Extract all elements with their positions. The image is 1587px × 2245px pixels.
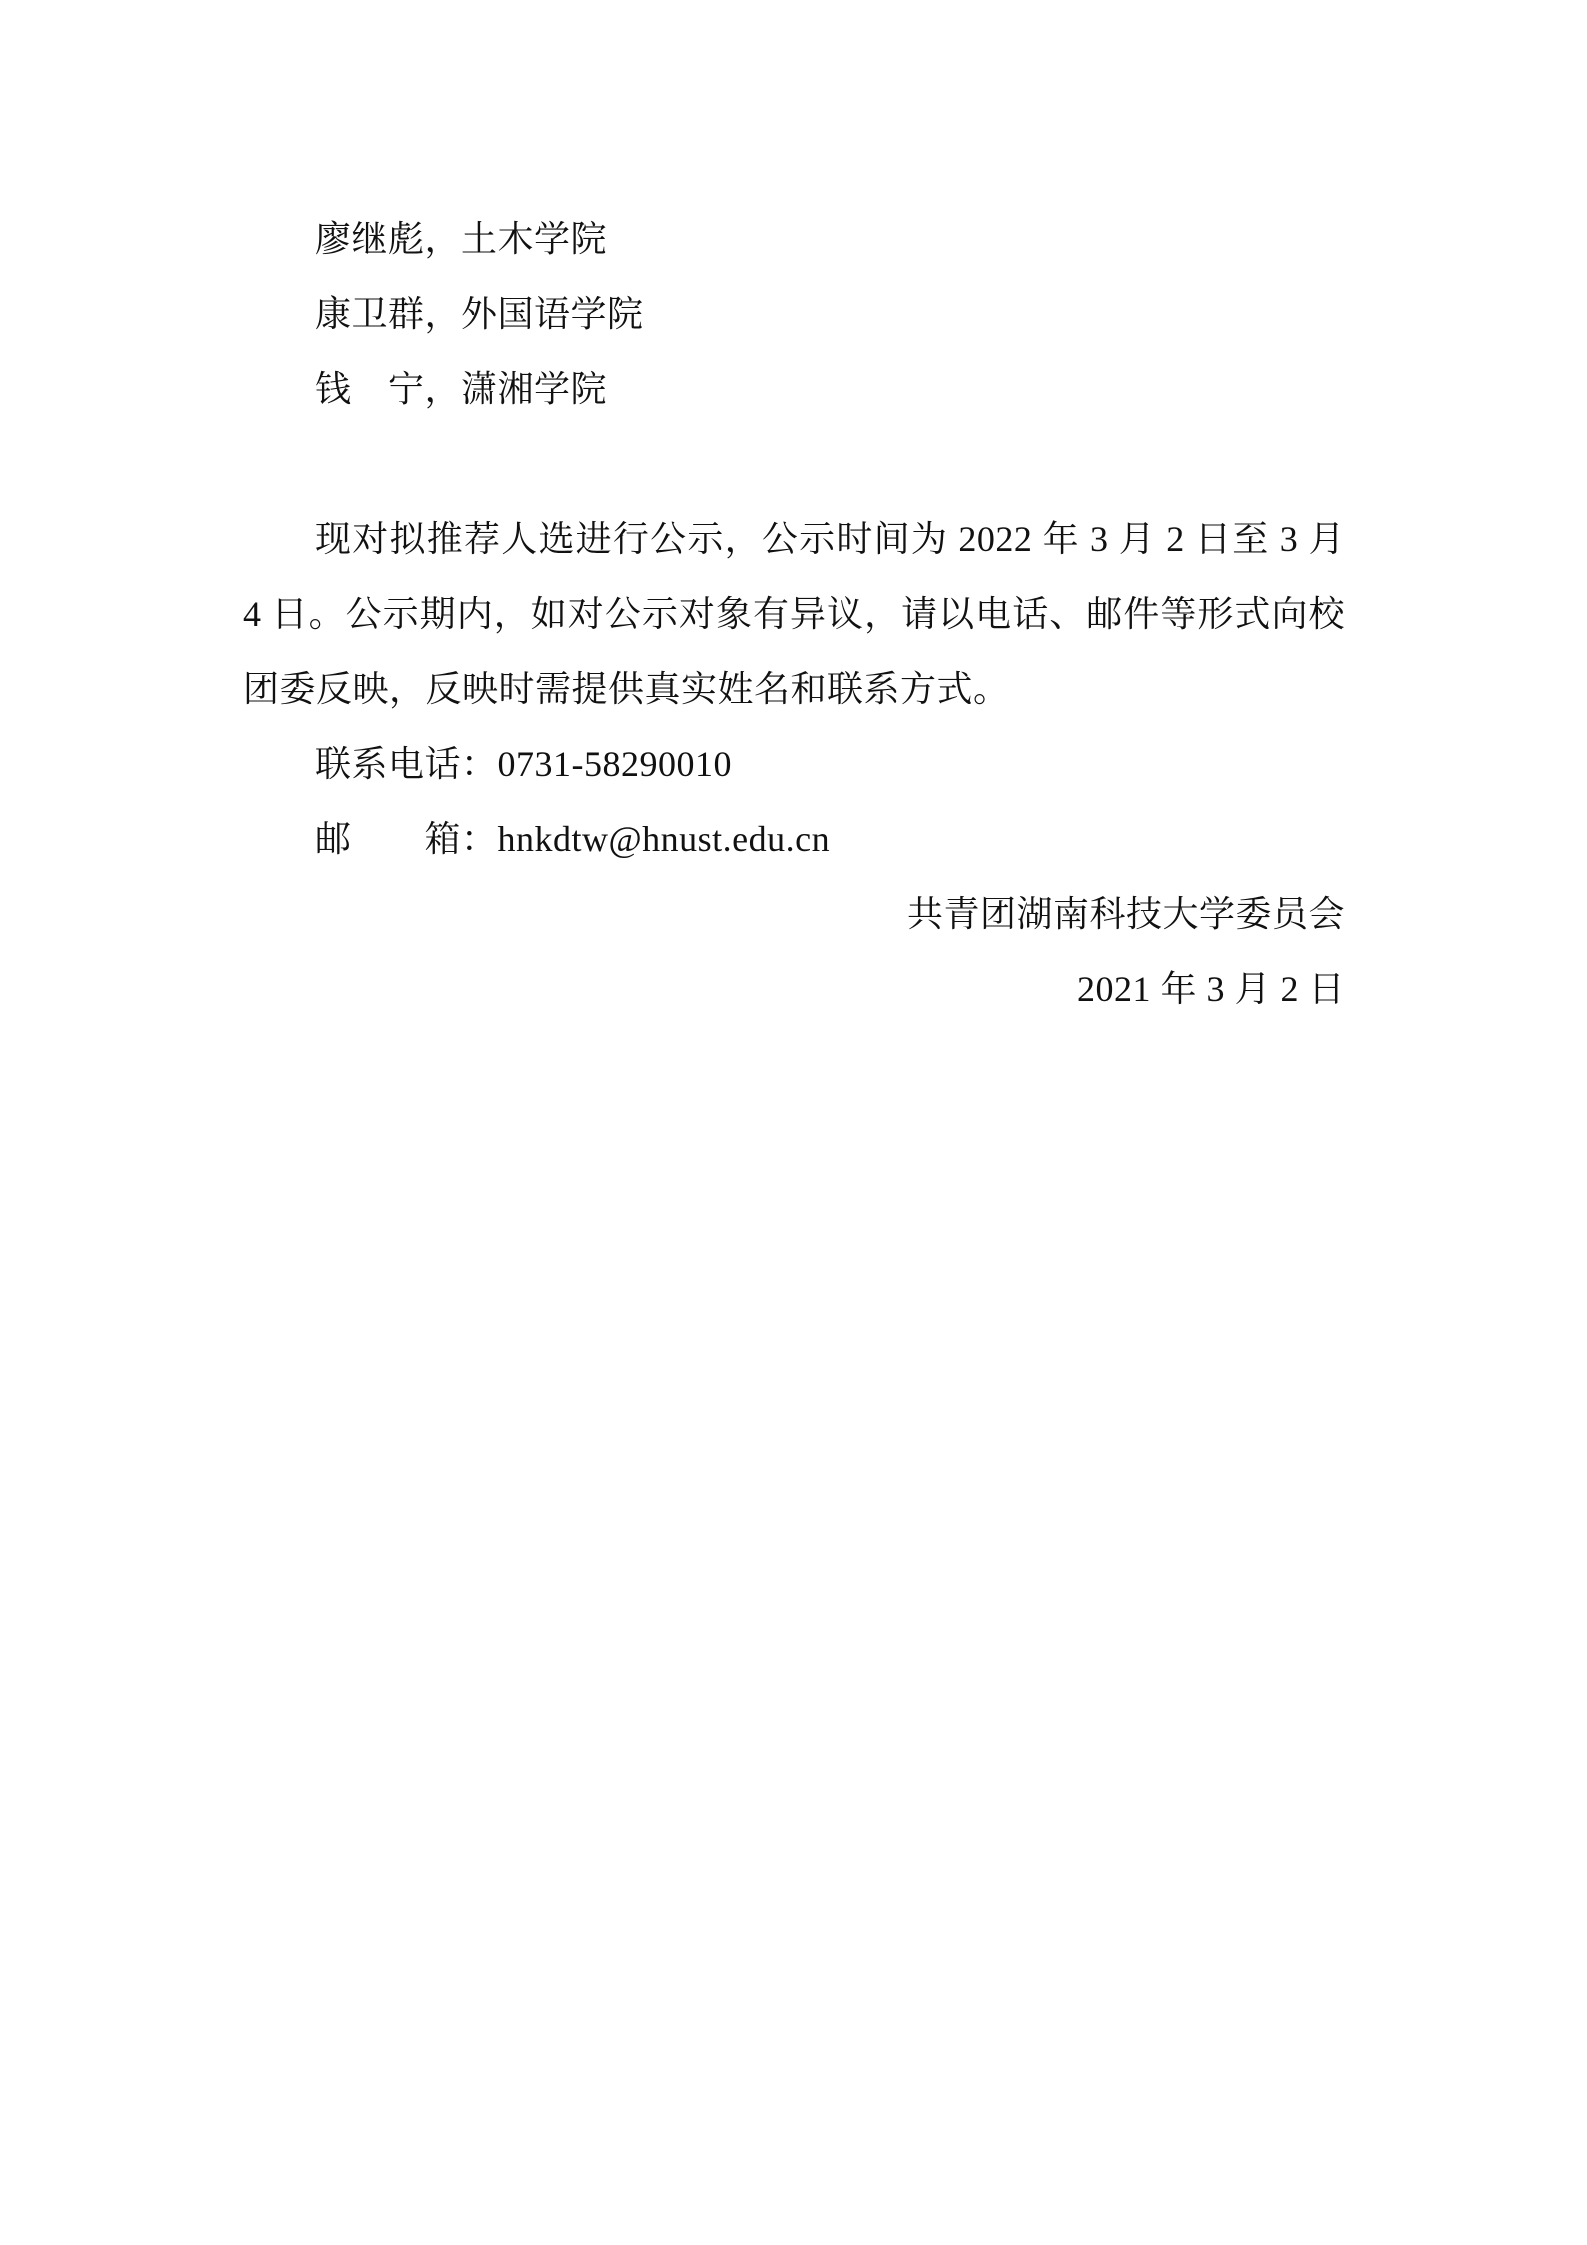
- contact-email-line: 邮 箱：hnkdtw@hnust.edu.cn: [243, 802, 1345, 877]
- document-body: 廖继彪，土木学院 康卫群，外国语学院 钱 宁，潇湘学院 现对拟推荐人选进行公示，…: [243, 202, 1345, 1027]
- nominee-line-2: 康卫群，外国语学院: [243, 277, 1345, 352]
- document-page: 廖继彪，土木学院 康卫群，外国语学院 钱 宁，潇湘学院 现对拟推荐人选进行公示，…: [0, 0, 1587, 2245]
- signature-date: 2021 年 3 月 2 日: [243, 952, 1345, 1027]
- contact-phone-line: 联系电话：0731-58290010: [243, 727, 1345, 802]
- announcement-line-3: 团委反映，反映时需提供真实姓名和联系方式。: [243, 652, 1345, 727]
- signature-organization: 共青团湖南科技大学委员会: [243, 877, 1345, 952]
- announcement-line-2: 4 日。公示期内，如对公示对象有异议，请以电话、邮件等形式向校: [243, 577, 1345, 652]
- blank-line: [243, 427, 1345, 502]
- announcement-line-1: 现对拟推荐人选进行公示，公示时间为 2022 年 3 月 2 日至 3 月: [243, 502, 1345, 577]
- nominee-line-3: 钱 宁，潇湘学院: [243, 352, 1345, 427]
- nominee-line-1: 廖继彪，土木学院: [243, 202, 1345, 277]
